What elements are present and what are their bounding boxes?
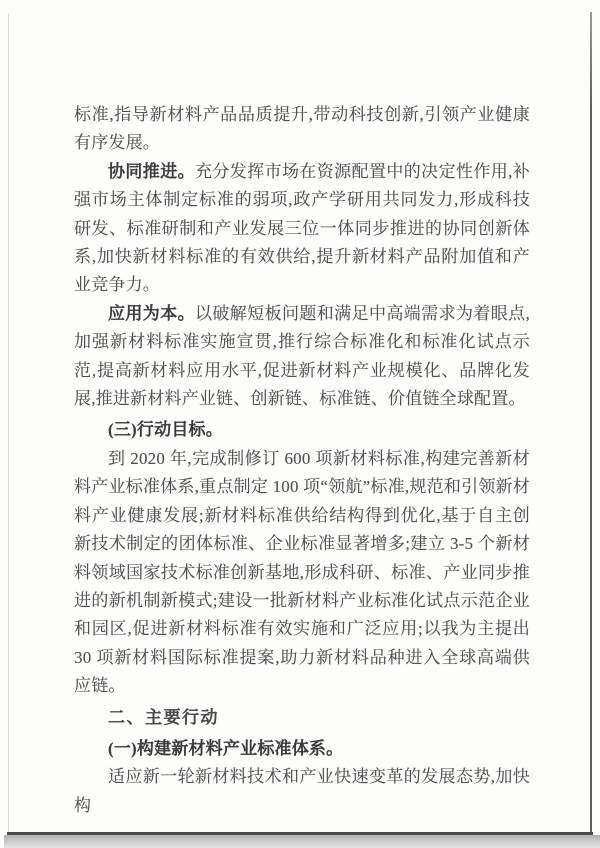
scan-shadow-band — [4, 835, 600, 848]
paragraph: 适应新一轮新材料技术和产业快速变革的发展态势,加快构 — [74, 763, 530, 820]
section-heading: (三)行动目标。 — [74, 416, 530, 444]
paragraph-text: 充分发挥市场在资源配置中的决定性作用,补强市场主体制定标准的弱项,政产学研用共同… — [74, 162, 530, 295]
section-heading: (一)构建新材料产业标准体系。 — [74, 735, 530, 763]
paragraph: 应用为本。以破解短板问题和满足中高端需求为着眼点,加强新材料标准实施宣贯,推行综… — [74, 300, 530, 414]
document-content: 标准,指导新材料产品品质提升,带动科技创新,引领产业健康有序发展。 协同推进。充… — [74, 101, 530, 848]
document-page: 标准,指导新材料产品品质提升,带动科技创新,引领产业健康有序发展。 协同推进。充… — [0, 0, 600, 848]
scan-edge-left — [8, 14, 9, 832]
paragraph-lead: 应用为本。 — [108, 304, 195, 323]
paragraph-text: 到 2020 年,完成制修订 600 项新材料标准,构建完善新材料产业标准体系,… — [74, 449, 530, 695]
chapter-heading: 二、主要行动 — [74, 704, 530, 732]
paragraph: 协同推进。充分发挥市场在资源配置中的决定性作用,补强市场主体制定标准的弱项,政产… — [74, 158, 530, 300]
paragraph: 到 2020 年,完成制修订 600 项新材料标准,构建完善新材料产业标准体系,… — [74, 445, 530, 701]
paragraph-text: 适应新一轮新材料技术和产业快速变革的发展态势,加快构 — [74, 767, 530, 814]
paragraph-text: 标准,指导新材料产品品质提升,带动科技创新,引领产业健康有序发展。 — [74, 105, 530, 152]
scan-edge-right — [590, 12, 592, 833]
paragraph-lead: 协同推进。 — [108, 162, 195, 181]
paragraph-continuation: 标准,指导新材料产品品质提升,带动科技创新,引领产业健康有序发展。 — [74, 101, 530, 158]
